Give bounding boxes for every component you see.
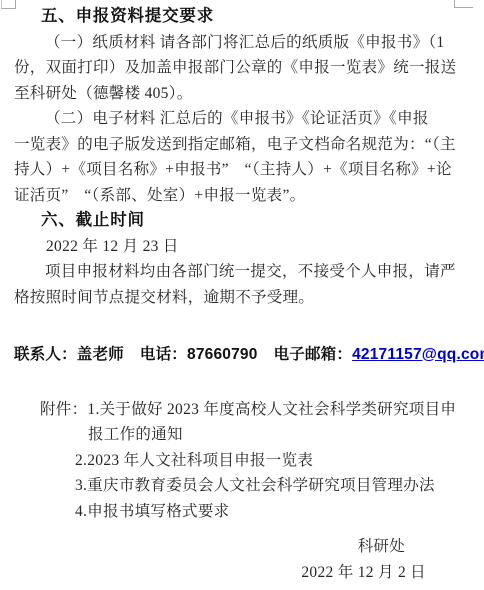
para-submission-note-line-1: 项目申报材料均由各部门统一提交，不接受个人申报，请严 — [14, 259, 450, 285]
para-electronic-materials-line-2: 一览表》的电子版发送到指定邮箱，电子文档命名规范为：“（主 — [14, 132, 450, 158]
contact-phone: 电话：87660790 — [140, 346, 258, 363]
para-paper-materials-line-3: 至科研处（德馨楼 405）。 — [14, 81, 450, 107]
document-content: 五、申报资料提交要求 （一）纸质材料 请各部门将汇总后的纸质版《申报书》（1 份… — [14, 4, 450, 585]
attachment-item-4: 4.申报书填写格式要求 — [14, 499, 450, 525]
contact-line: 联系人：盖老师电话：87660790电子邮箱：42171157@qq.com — [14, 342, 450, 368]
para-electronic-materials-line-3: 持人）+《项目名称》+申报书” “（主持人）+《项目名称》+论 — [14, 157, 450, 183]
blank-line — [14, 310, 450, 336]
signature-date: 2022 年 12 月 2 日 — [14, 560, 450, 586]
section-5-heading: 五、申报资料提交要求 — [14, 4, 450, 30]
attachments-line-1: 附件：1.关于做好 2023 年度高校人文社会科学类研究项目申 — [14, 397, 450, 423]
blank-line — [14, 367, 450, 393]
attachment-item-1-line-2: 报工作的通知 — [14, 422, 450, 448]
document-page: 五、申报资料提交要求 （一）纸质材料 请各部门将汇总后的纸质版《申报书》（1 份… — [0, 0, 484, 590]
attachment-item-3: 3.重庆市教育委员会人文社会科学研究项目管理办法 — [14, 473, 450, 499]
contact-person: 联系人：盖老师 — [14, 346, 124, 363]
email-link[interactable]: 42171157@qq.com — [352, 346, 484, 363]
para-paper-materials-line-1: （一）纸质材料 请各部门将汇总后的纸质版《申报书》（1 — [14, 30, 450, 56]
text-boundary-mark-top-right — [454, 0, 473, 8]
para-paper-materials-line-2: 份，双面打印）及加盖申报部门公章的《申报一览表》统一报送 — [14, 55, 450, 81]
para-submission-note-line-2: 格按照时间节点提交材料，逾期不予受理。 — [14, 285, 450, 311]
section-6-heading: 六、截止时间 — [14, 208, 450, 234]
attachments-label: 附件： — [40, 401, 87, 418]
para-electronic-materials-line-4: 证活页” “（系部、处室）+申报一览表”。 — [14, 183, 450, 209]
attachment-item-1-line-1: 1.关于做好 2023 年度高校人文社会科学类研究项目申 — [87, 401, 456, 418]
para-electronic-materials-line-1: （二）电子材料 汇总后的《申报书》《论证活页》《申报 — [14, 106, 450, 132]
deadline-date: 2022 年 12 月 23 日 — [14, 234, 450, 260]
attachment-item-2: 2.2023 年人文社科项目申报一览表 — [14, 448, 450, 474]
signature-unit: 科研处 — [14, 534, 450, 560]
contact-email-label: 电子邮箱： — [274, 346, 353, 363]
